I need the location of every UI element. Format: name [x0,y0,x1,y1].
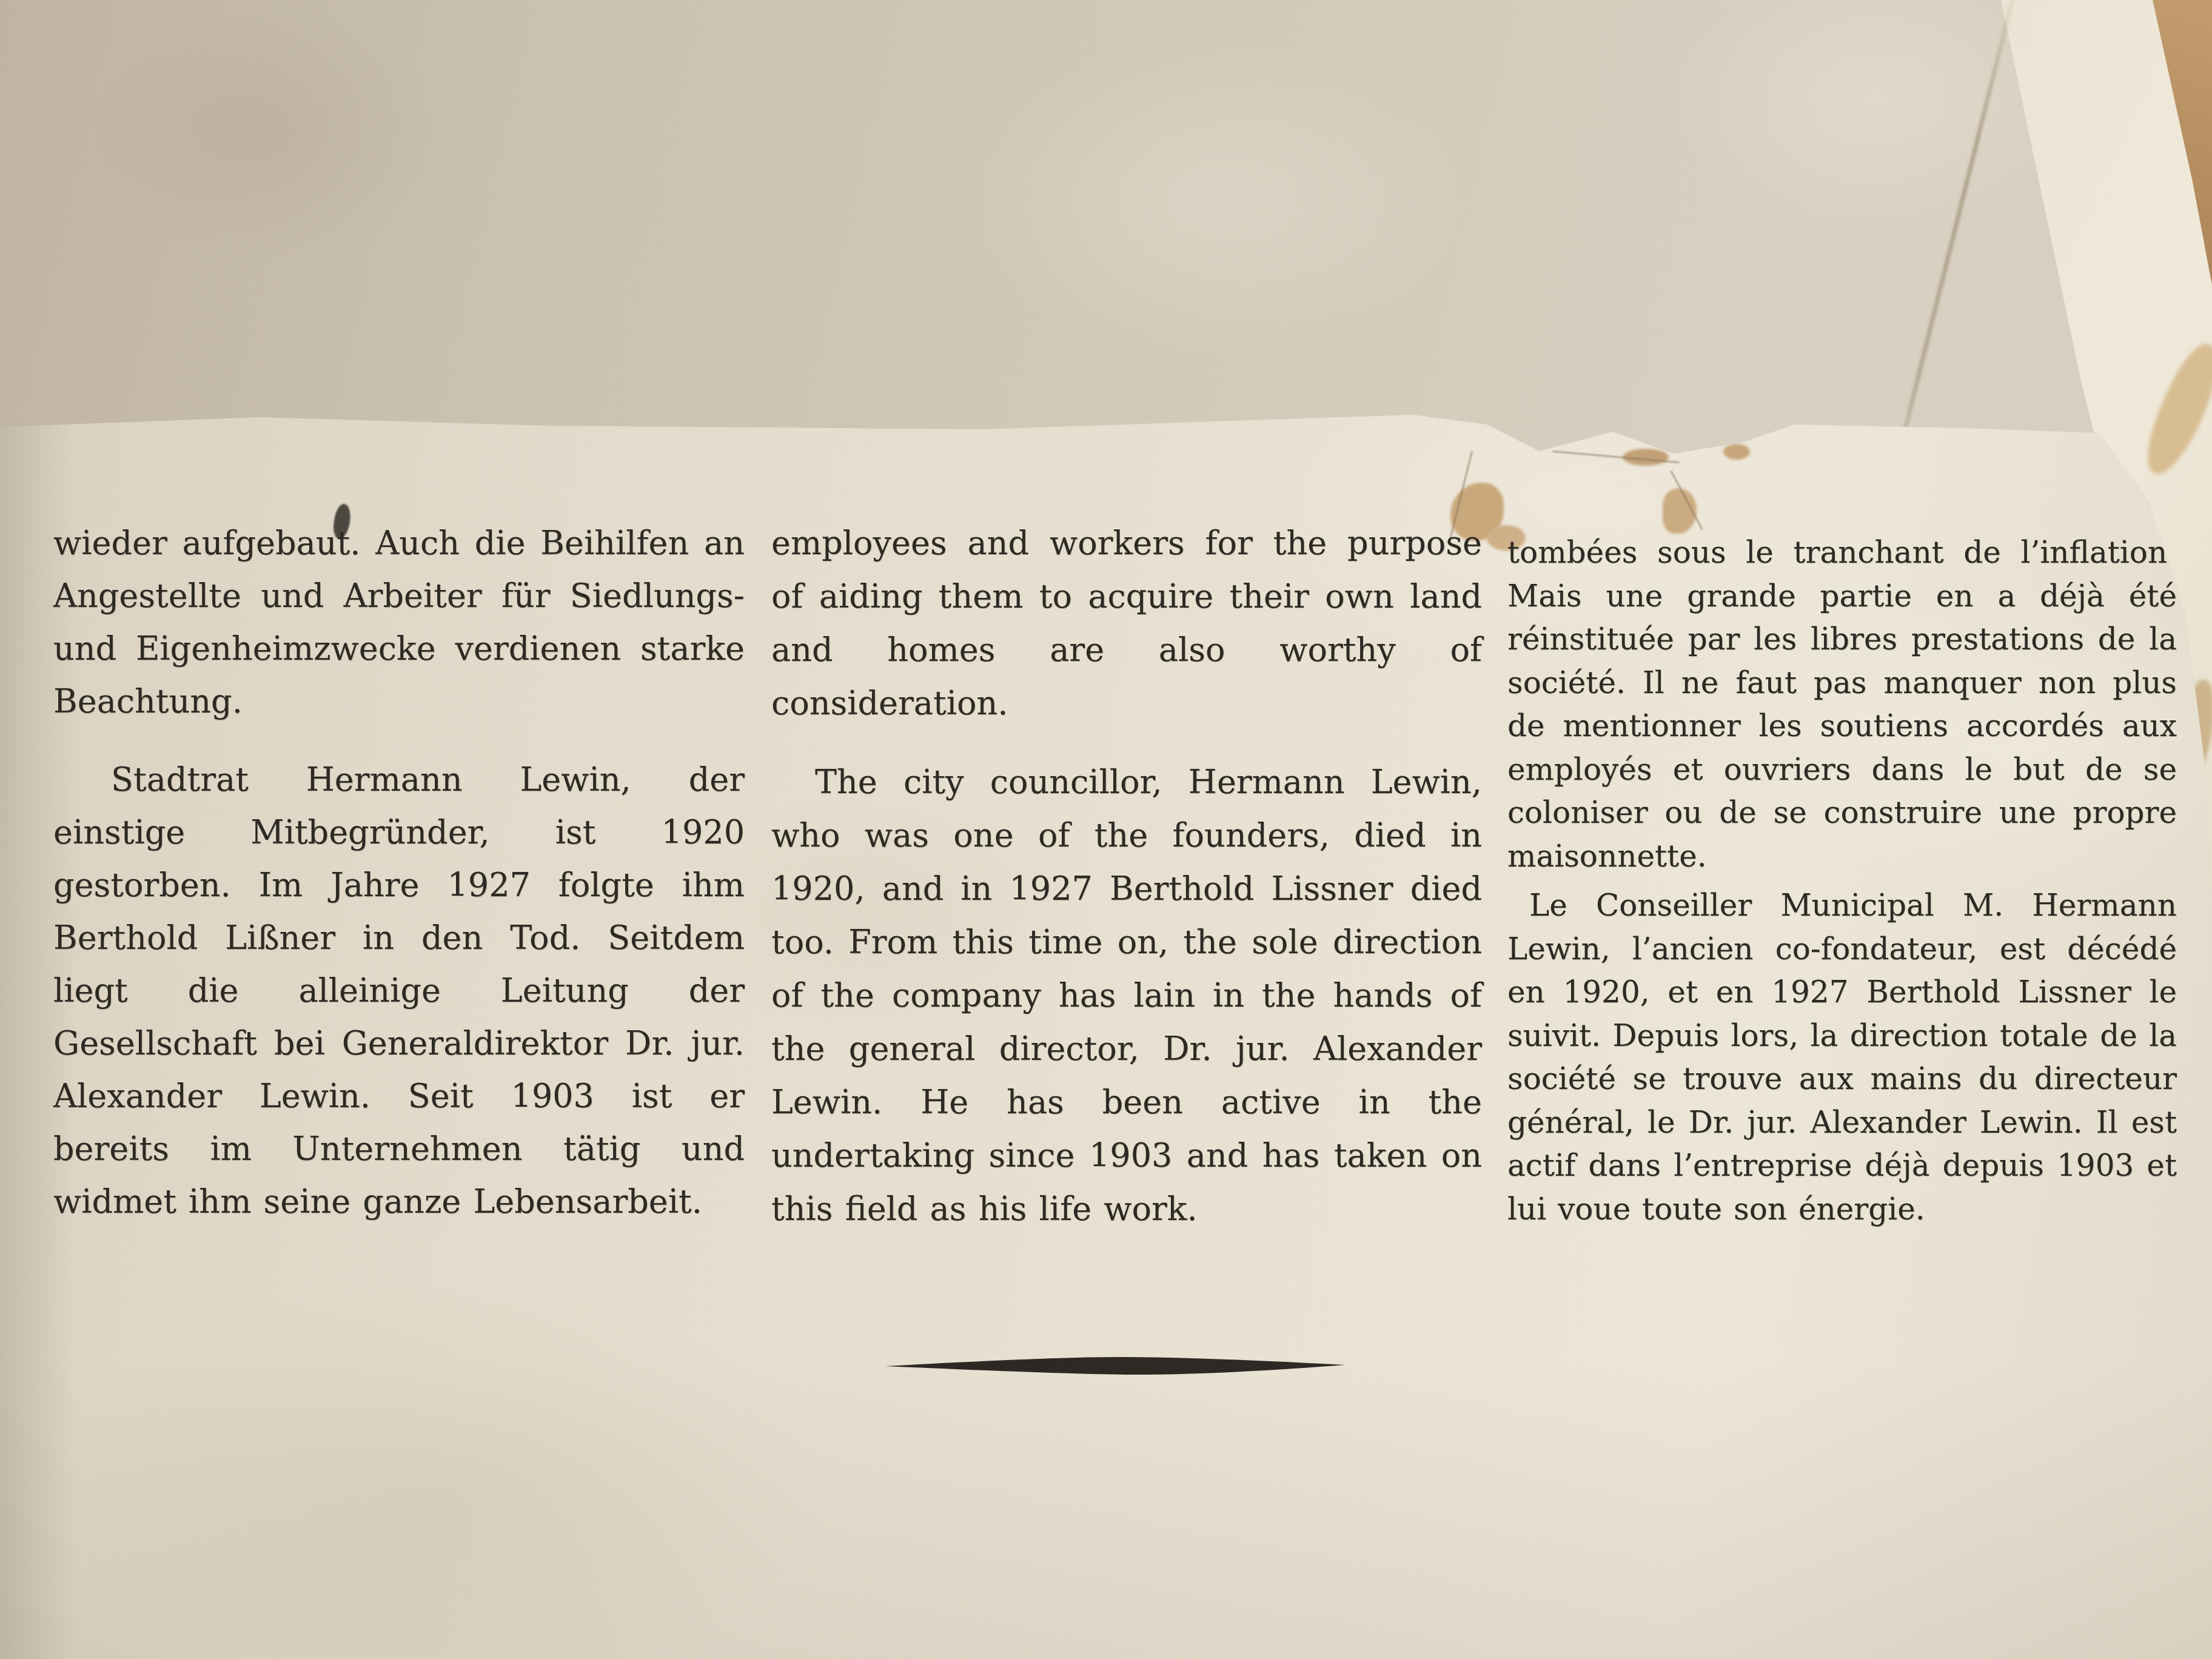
newspaper-clipping: wieder aufgebaut. Auch die Beihilfen an … [0,0,2212,1659]
photo-of-album-page: { "document": { "columns": [ { "lang": "… [0,0,2212,1659]
swelled-rule-divider-icon [884,1349,1346,1382]
paragraph-german-2: Stadtrat Hermann Lewin, der einstige Mit… [53,753,745,1228]
paragraph-english-1: employees and workers for the purpose of… [771,517,1482,730]
column-english: employees and workers for the purpose of… [771,517,1482,1236]
column-german: wieder aufgebaut. Auch die Beihilfen an … [53,517,745,1228]
paragraph-french-1: tombées sous le tranchant de l’inflation… [1507,531,2177,878]
tear-stain [1723,444,1750,460]
column-french: tombées sous le tranchant de l’inflation… [1507,531,2177,1231]
paragraph-french-2: Le Conseiller Municipal M. Hermann Lewin… [1507,884,2177,1231]
paragraph-english-2: The city councillor, Hermann Lewin, who … [771,756,1482,1236]
paragraph-german-1: wieder aufgebaut. Auch die Beihilfen an … [53,517,745,728]
